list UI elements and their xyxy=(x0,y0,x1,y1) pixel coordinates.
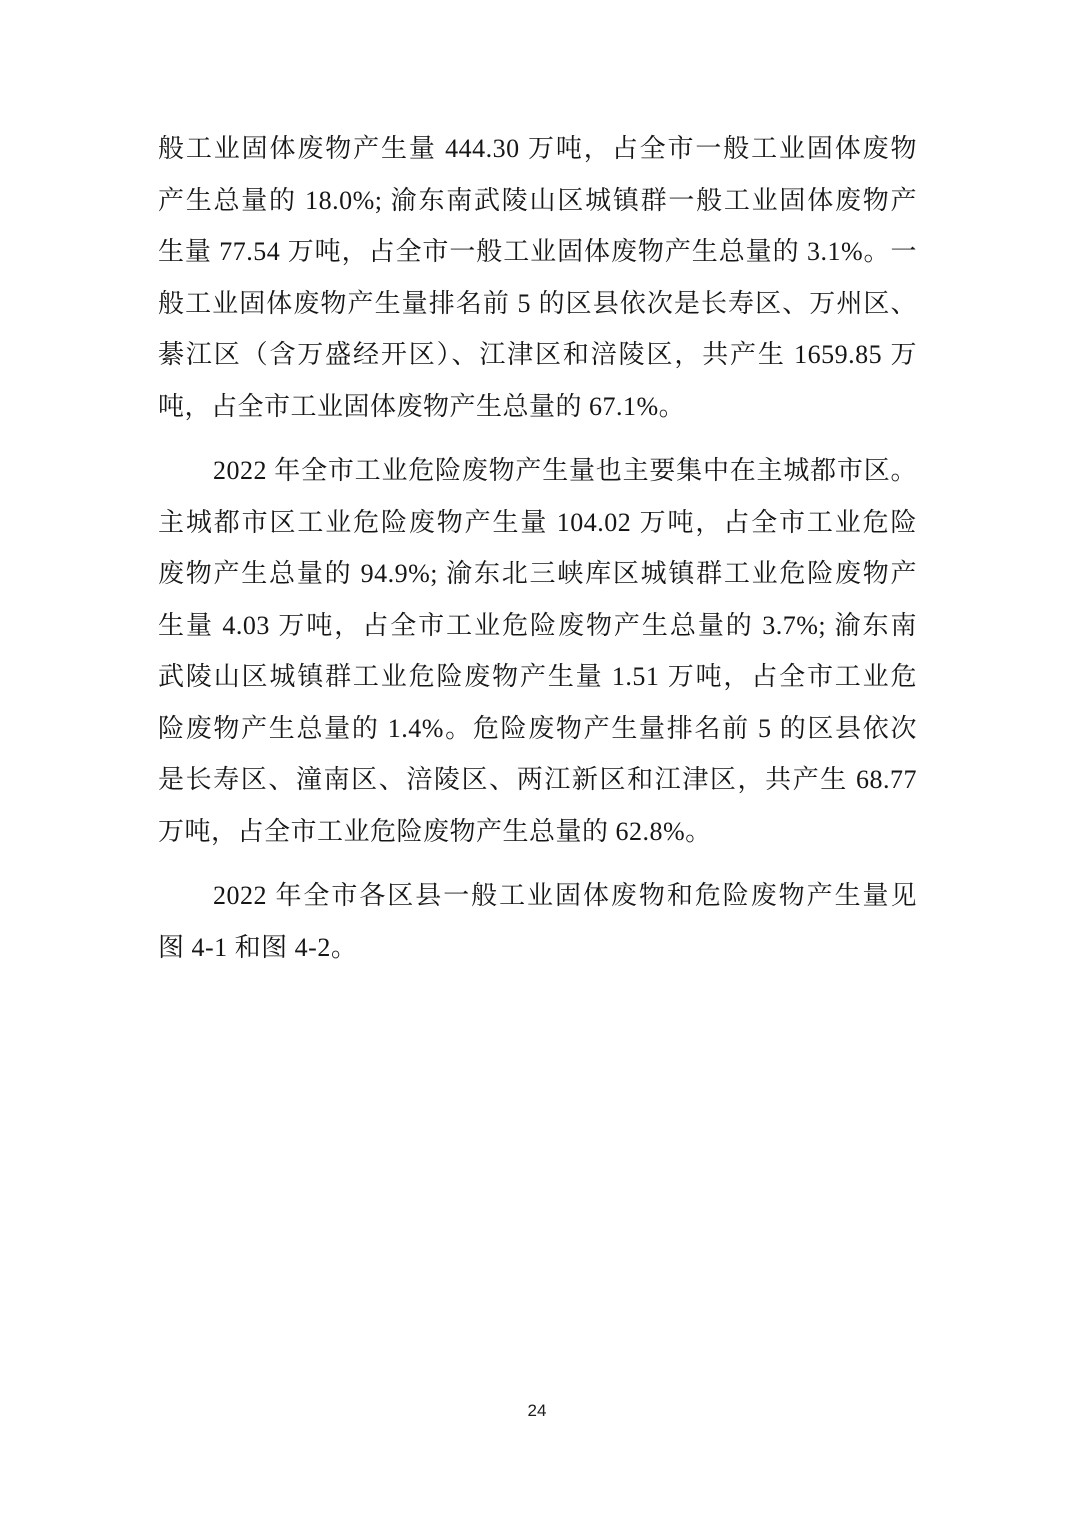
text-line: 綦江区（含万盛经开区）、江津区和涪陵区，共产生 1659.85 万 xyxy=(158,329,917,381)
document-body: 般工业固体废物产生量 444.30 万吨，占全市一般工业固体废物产生总量的 18… xyxy=(158,123,917,986)
text-line: 2022 年全市工业危险废物产生量也主要集中在主城都市区。 xyxy=(158,445,917,497)
paragraph: 2022 年全市工业危险废物产生量也主要集中在主城都市区。主城都市区工业危险废物… xyxy=(158,445,917,857)
text-line: 生量 4.03 万吨，占全市工业危险废物产生总量的 3.7%; 渝东南 xyxy=(158,600,917,652)
document-page: 般工业固体废物产生量 444.30 万吨，占全市一般工业固体废物产生总量的 18… xyxy=(0,0,1074,1520)
text-line: 废物产生总量的 94.9%; 渝东北三峡库区城镇群工业危险废物产 xyxy=(158,548,917,600)
text-line: 图 4-1 和图 4-2。 xyxy=(158,922,917,974)
page-number: 24 xyxy=(0,1400,1074,1422)
text-line: 吨，占全市工业固体废物产生总量的 67.1%。 xyxy=(158,381,917,433)
text-line: 产生总量的 18.0%; 渝东南武陵山区城镇群一般工业固体废物产 xyxy=(158,175,917,227)
text-line: 生量 77.54 万吨，占全市一般工业固体废物产生总量的 3.1%。一 xyxy=(158,226,917,278)
paragraph: 般工业固体废物产生量 444.30 万吨，占全市一般工业固体废物产生总量的 18… xyxy=(158,123,917,432)
text-line: 万吨，占全市工业危险废物产生总量的 62.8%。 xyxy=(158,806,917,858)
text-line: 险废物产生总量的 1.4%。危险废物产生量排名前 5 的区县依次 xyxy=(158,703,917,755)
text-line: 是长寿区、潼南区、涪陵区、两江新区和江津区，共产生 68.77 xyxy=(158,754,917,806)
text-line: 主城都市区工业危险废物产生量 104.02 万吨，占全市工业危险 xyxy=(158,497,917,549)
paragraph: 2022 年全市各区县一般工业固体废物和危险废物产生量见图 4-1 和图 4-2… xyxy=(158,870,917,973)
text-line: 武陵山区城镇群工业危险废物产生量 1.51 万吨，占全市工业危 xyxy=(158,651,917,703)
text-line: 般工业固体废物产生量排名前 5 的区县依次是长寿区、万州区、 xyxy=(158,278,917,330)
text-line: 2022 年全市各区县一般工业固体废物和危险废物产生量见 xyxy=(158,870,917,922)
text-line: 般工业固体废物产生量 444.30 万吨，占全市一般工业固体废物 xyxy=(158,123,917,175)
